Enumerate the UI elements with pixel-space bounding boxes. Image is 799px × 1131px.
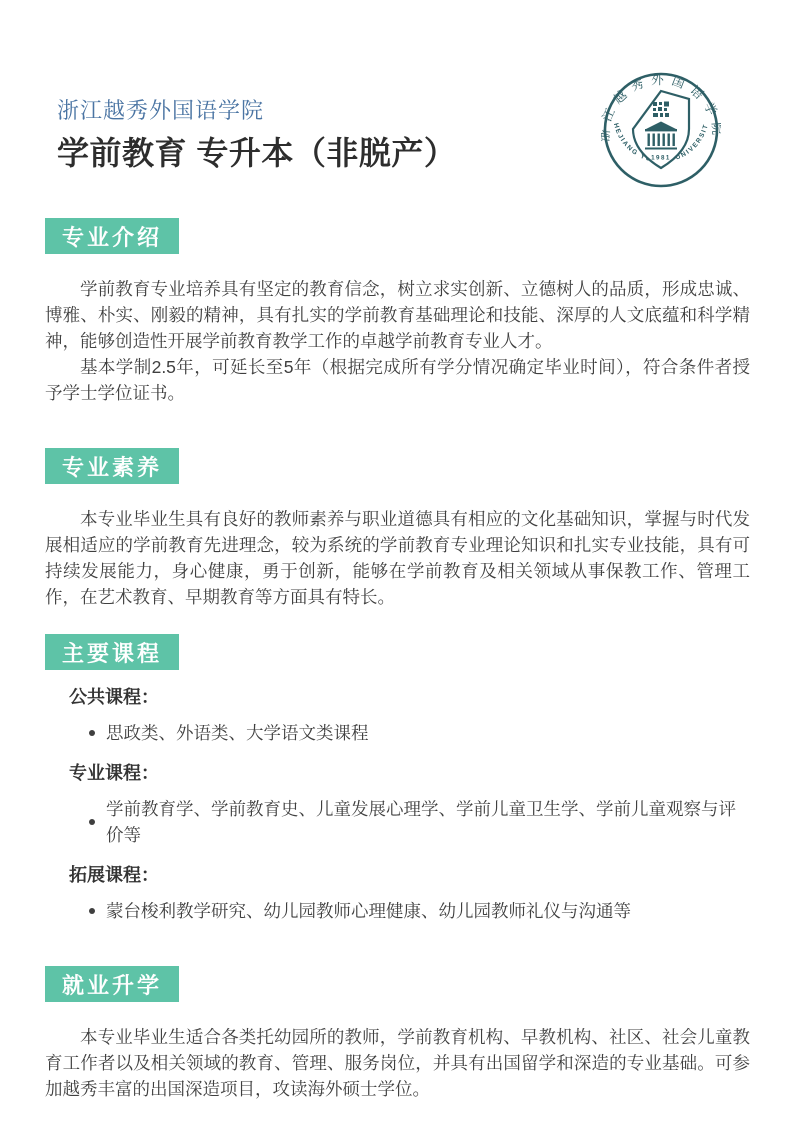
intro-paragraph: 基本学制2.5年，可延长至5年（根据完成所有学分情况确定毕业时间），符合条件者授… xyxy=(45,354,750,406)
course-item-text: 思政类、外语类、大学语文类课程 xyxy=(106,720,369,746)
section-badge-career: 就业升学 xyxy=(45,966,179,1002)
section-badge-quality: 专业素养 xyxy=(45,448,179,484)
bullet-icon xyxy=(89,730,95,736)
course-item-text: 学前教育学、学前教育史、儿童发展心理学、学前儿童卫生学、学前儿童观察与评价等 xyxy=(106,796,750,848)
section-career-body: 本专业毕业生适合各类托幼园所的教师，学前教育机构、早教机构、社区、社会儿童教育工… xyxy=(45,1024,750,1102)
bullet-icon xyxy=(89,819,95,825)
section-quality-body: 本专业毕业生具有良好的教师素养与职业道德具有相应的文化基础知识，掌握与时代发展相… xyxy=(45,506,750,610)
course-item-text: 蒙台梭利教学研究、幼儿园教师心理健康、幼儿园教师礼仪与沟通等 xyxy=(106,898,631,924)
list-item: 学前教育学、学前教育史、儿童发展心理学、学前儿童卫生学、学前儿童观察与评价等 xyxy=(89,796,750,848)
quality-paragraph: 本专业毕业生具有良好的教师素养与职业道德具有相应的文化基础知识，掌握与时代发展相… xyxy=(45,506,750,610)
course-group-label: 公共课程： xyxy=(69,684,750,711)
seal-founding-year: 1981 xyxy=(651,155,671,162)
university-seal-logo: 浙江越秀外国语学院 ZHEJIANG YUEXIU UNIVERSITY 198… xyxy=(601,70,721,190)
list-item: 蒙台梭利教学研究、幼儿园教师心理健康、幼儿园教师礼仪与沟通等 xyxy=(89,898,750,924)
program-flyer-page: 浙江越秀外国语学院 ZHEJIANG YUEXIU UNIVERSITY 198… xyxy=(0,0,799,1131)
intro-paragraph: 学前教育专业培养具有坚定的教育信念，树立求实创新、立德树人的品质，形成忠诚、博雅… xyxy=(45,276,750,354)
list-item: 思政类、外语类、大学语文类课程 xyxy=(89,720,750,746)
course-group-label: 专业课程： xyxy=(69,760,750,787)
section-badge-courses: 主要课程 xyxy=(45,634,179,670)
career-paragraph: 本专业毕业生适合各类托幼园所的教师，学前教育机构、早教机构、社区、社会儿童教育工… xyxy=(45,1024,750,1102)
section-badge-intro: 专业介绍 xyxy=(45,218,179,254)
course-group-label: 拓展课程： xyxy=(69,862,750,889)
section-intro-body: 学前教育专业培养具有坚定的教育信念，树立求实创新、立德树人的品质，形成忠诚、博雅… xyxy=(45,276,750,406)
seal-emblem-pattern-icon xyxy=(653,102,669,118)
section-courses-body: 公共课程： 思政类、外语类、大学语文类课程 专业课程： 学前教育学、学前教育史、… xyxy=(45,684,750,924)
bullet-icon xyxy=(89,908,95,914)
